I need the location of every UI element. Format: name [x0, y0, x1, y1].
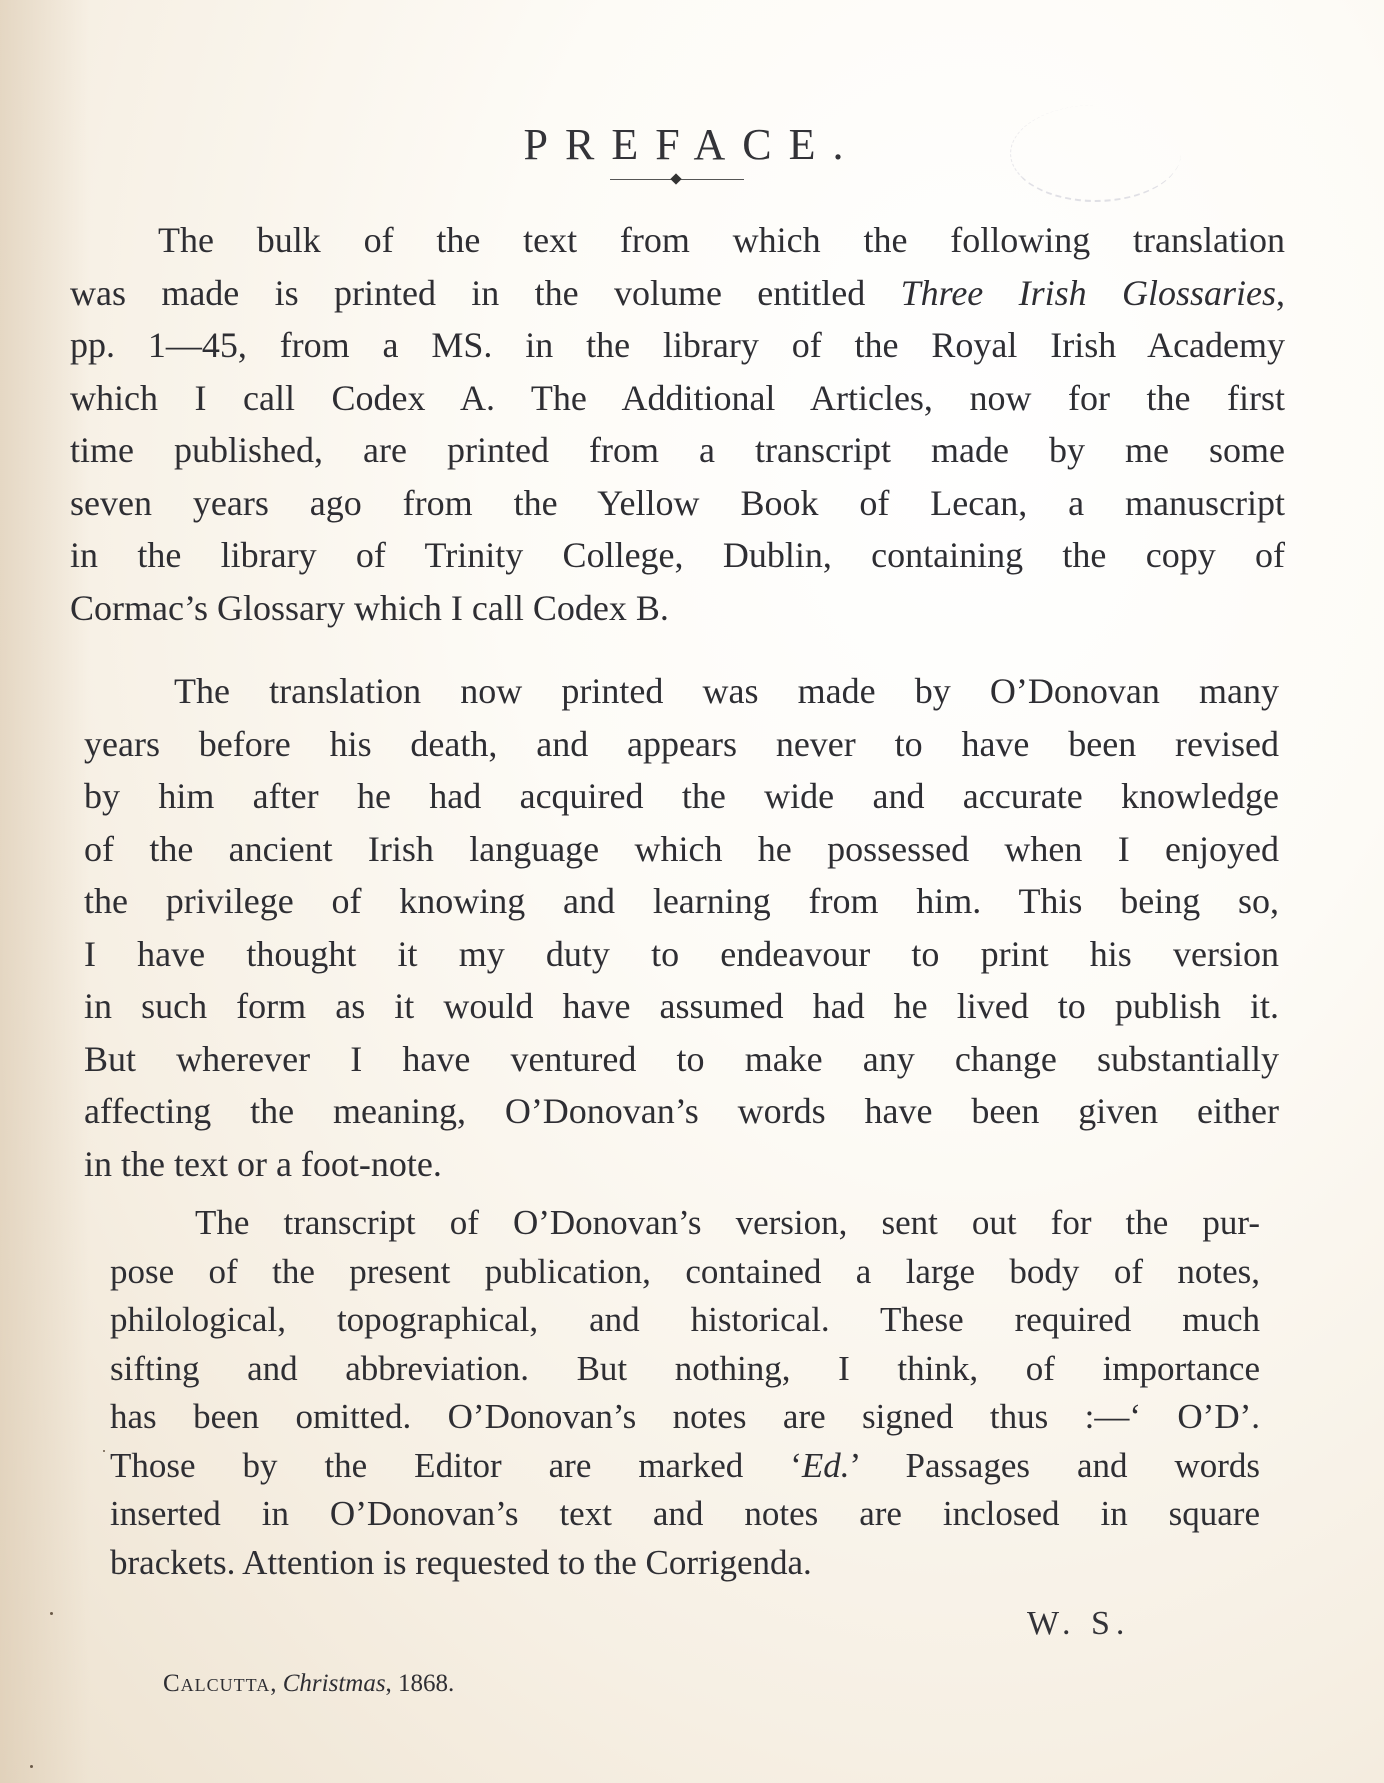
text-line: pp. 1—45, from a MS. in the library of t…: [70, 319, 1285, 372]
paragraph-1: The bulk of the text from which the foll…: [70, 214, 1285, 634]
dateline-place: Calcutta: [163, 1670, 270, 1697]
paragraph-3: The transcript of O’Donovan’s version, s…: [110, 1199, 1260, 1587]
text-line: sifting and abbreviation. But nothing, I…: [110, 1345, 1260, 1394]
text-line: the privilege of knowing and learning fr…: [84, 875, 1279, 928]
dateline-year: 1868.: [398, 1670, 454, 1697]
text-line: inserted in O’Donovan’s text and notes a…: [110, 1490, 1260, 1539]
text-line: Cormac’s Glossary which I call Codex B.: [70, 582, 1285, 635]
text-line: seven years ago from the Yellow Book of …: [70, 477, 1285, 530]
text-line: Those by the Editor are marked ‘Ed.’ Pas…: [110, 1442, 1260, 1491]
italic-book-title: Three Irish Glossaries: [901, 273, 1276, 313]
paragraph-2: The translation now printed was made by …: [84, 665, 1279, 1190]
text-segment: Those by the Editor are marked ‘: [110, 1446, 802, 1485]
text-line: years before his death, and appears neve…: [84, 718, 1279, 771]
text-line: The transcript of O’Donovan’s version, s…: [110, 1199, 1260, 1248]
text-line: by him after he had acquired the wide an…: [84, 770, 1279, 823]
text-line: in such form as it would have assumed ha…: [84, 980, 1279, 1033]
text-line: was made is printed in the volume entitl…: [70, 267, 1285, 320]
text-line: The translation now printed was made by …: [84, 665, 1279, 718]
paper-speck: [50, 1612, 53, 1615]
text-line: in the library of Trinity College, Dubli…: [70, 529, 1285, 582]
title-ornament: [610, 175, 744, 185]
text-line: which I call Codex A. The Additional Art…: [70, 372, 1285, 425]
text-line: But wherever I have ventured to make any…: [84, 1033, 1279, 1086]
diamond-icon: [670, 173, 681, 184]
text-line: brackets. Attention is requested to the …: [110, 1539, 1260, 1588]
italic-editor-mark: Ed.: [802, 1446, 850, 1485]
text-line: time published, are printed from a trans…: [70, 424, 1285, 477]
text-line: pose of the present publication, contain…: [110, 1248, 1260, 1297]
text-segment: was made is printed in the volume entitl…: [70, 273, 901, 313]
text-line: affecting the meaning, O’Donovan’s words…: [84, 1085, 1279, 1138]
text-line: The bulk of the text from which the foll…: [70, 214, 1285, 267]
text-segment: ,: [1276, 273, 1285, 313]
paper-speck: [103, 1450, 105, 1452]
paper-speck: [30, 1765, 33, 1768]
text-line: philological, topographical, and histori…: [110, 1296, 1260, 1345]
author-signature: W. S.: [1027, 1605, 1130, 1643]
dateline: Calcutta, Christmas, 1868.: [163, 1670, 454, 1698]
text-line: has been omitted. O’Donovan’s notes are …: [110, 1393, 1260, 1442]
page-title: PREFACE.: [0, 119, 1384, 170]
text-segment: ’ Passages and words: [850, 1446, 1260, 1485]
text-line: of the ancient Irish language which he p…: [84, 823, 1279, 876]
text-line: I have thought it my duty to endeavour t…: [84, 928, 1279, 981]
text-line: in the text or a foot-note.: [84, 1138, 1279, 1191]
dateline-occasion: Christmas: [283, 1670, 386, 1697]
